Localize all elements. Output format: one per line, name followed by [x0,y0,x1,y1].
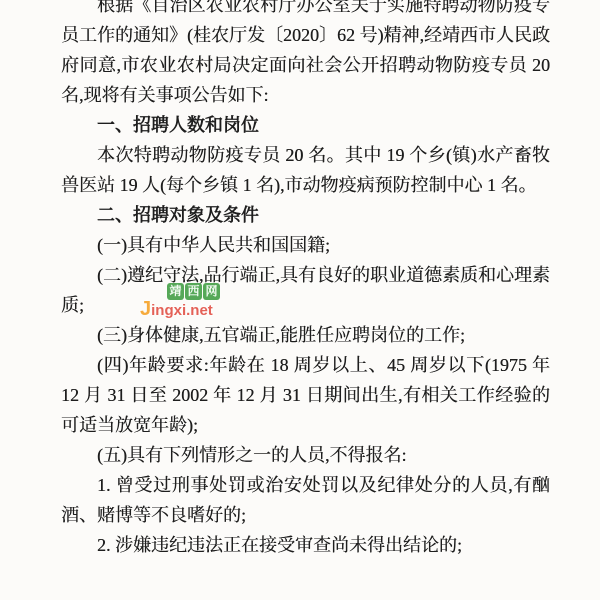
paragraph-condition-2: (二)遵纪守法,品行端正,具有良好的职业道德素质和心理素质; [61,260,550,320]
section-heading-conditions: 二、招聘对象及条件 [61,200,550,230]
paragraph-restriction-1: 1. 曾受过刑事处罚或治安处罚以及纪律处分的人员,有酗酒、赌博等不良嗜好的; [61,470,550,530]
notice-text-block: 根据《自治区农业农村厅办公室关于实施特聘动物防疫专员工作的通知》(桂农厅发〔20… [61,0,550,560]
document-page: 根据《自治区农业农村厅办公室关于实施特聘动物防疫专员工作的通知》(桂农厅发〔20… [0,0,600,600]
paragraph-restriction-2: 2. 涉嫌违纪违法正在接受审查尚未得出结论的; [61,530,550,560]
paragraph-intro: 根据《自治区农业农村厅办公室关于实施特聘动物防疫专员工作的通知》(桂农厅发〔20… [61,0,550,110]
paragraph-condition-3: (三)身体健康,五官端正,能胜任应聘岗位的工作; [61,320,550,350]
paragraph-condition-4: (四)年龄要求:年龄在 18 周岁以上、45 周岁以下(1975 年 12 月 … [61,350,550,440]
paragraph-condition-1: (一)具有中华人民共和国国籍; [61,230,550,260]
paragraph-recruit-count: 本次特聘动物防疫专员 20 名。其中 19 个乡(镇)水产畜牧兽医站 19 人(… [61,140,550,200]
paragraph-condition-5: (五)具有下列情形之一的人员,不得报名: [61,440,550,470]
section-heading-recruit-count: 一、招聘人数和岗位 [61,110,550,140]
